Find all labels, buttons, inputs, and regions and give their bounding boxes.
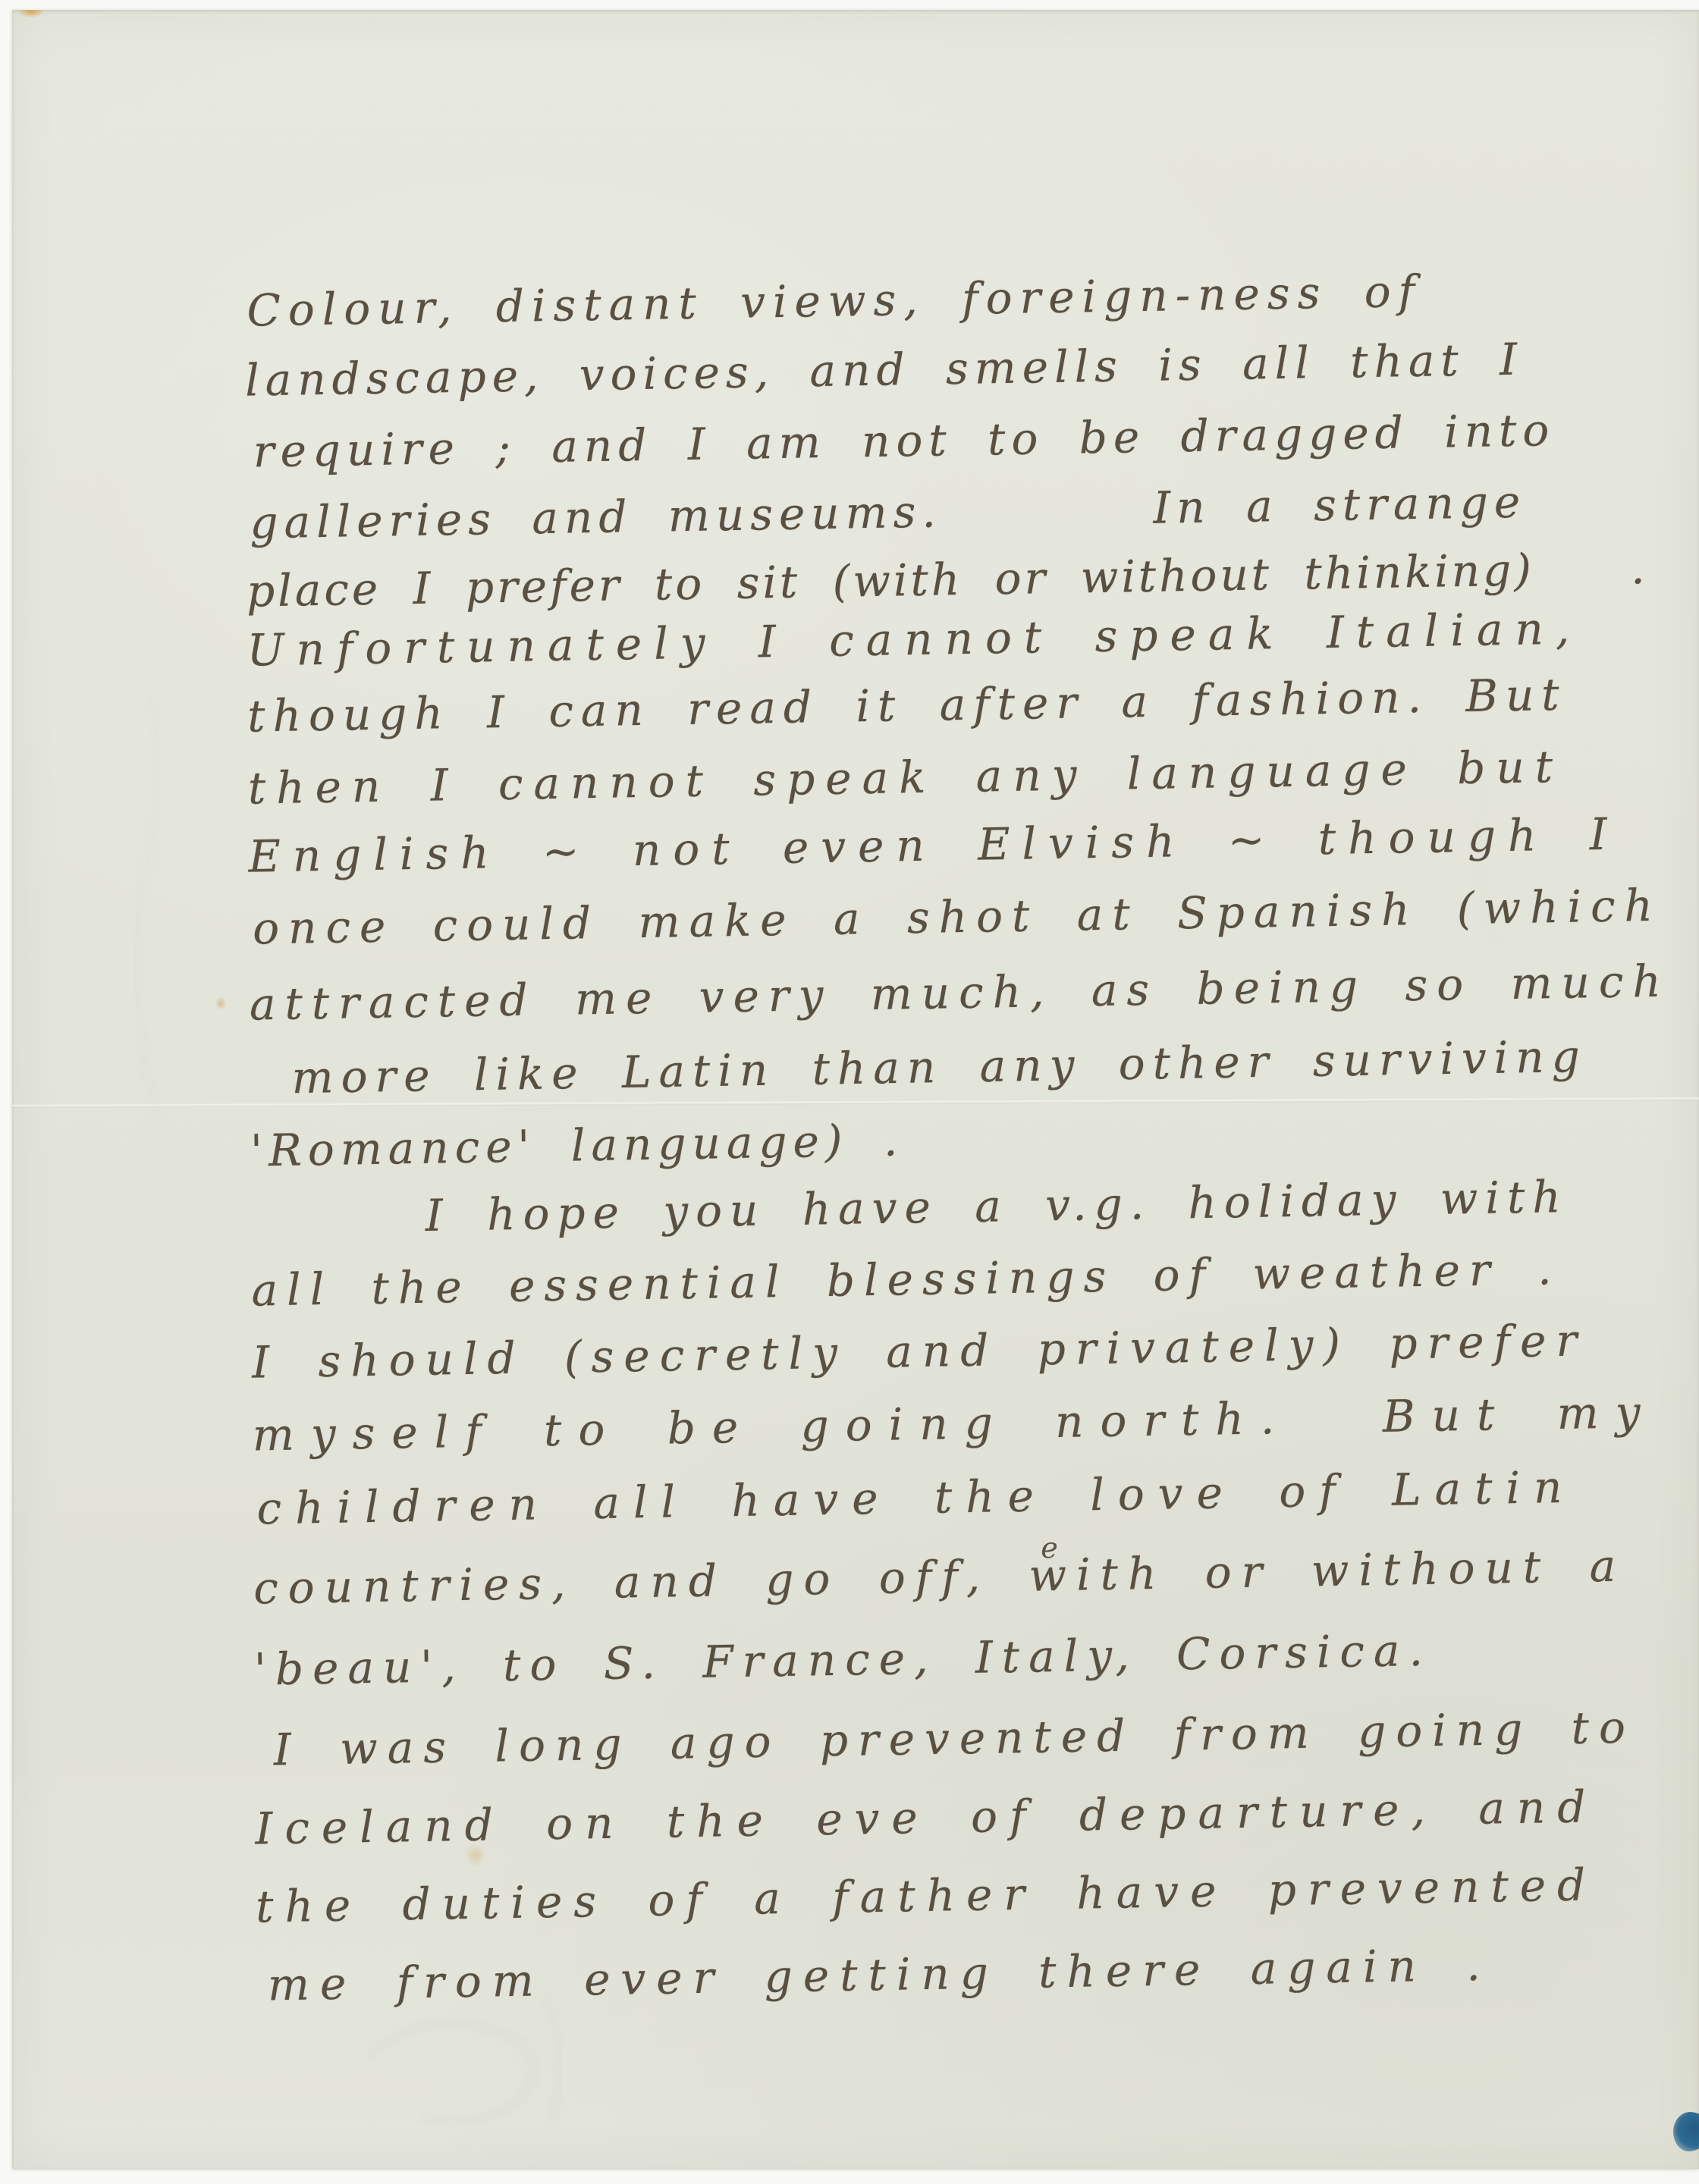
letter-line: the duties of a father have prevented [256, 1859, 1597, 1932]
letter-line: myself to be going north. But my [252, 1386, 1657, 1461]
ink-blot-blue [1673, 2112, 1699, 2151]
letter-line: require ; and I am not to be dragged int… [253, 404, 1556, 477]
letter-line: landscape, voices, and smells is all tha… [245, 334, 1524, 406]
letter-line: 'beau', to S. France, Italy, Corsica. [253, 1624, 1432, 1696]
letter-line: all the essential blessings of weather . [251, 1243, 1561, 1316]
letter-line: galleries and museums. In a strange [250, 476, 1527, 549]
letter-line: Iceland on the eve of departure, and [255, 1781, 1598, 1854]
inserted-letter: e [1041, 1531, 1058, 1564]
letter-line: I was long ago prevented from going to [273, 1702, 1635, 1776]
letter-line: then I cannot speak any language but [247, 741, 1563, 814]
letter-line: more like Latin than any other surviving [291, 1031, 1588, 1103]
letter-line: English ~ not even Elvish ~ though I [248, 808, 1619, 883]
letter-line: countries, and go off, with or without a [253, 1540, 1626, 1614]
letter-line: though I can read it after a fashion. Bu… [247, 669, 1567, 742]
letter-text: Colour, distant views, foreign-ness of l… [12, 10, 1699, 2169]
letter-line: Colour, distant views, foreign-ness of [247, 265, 1423, 337]
scan-background: { "colors": { "ink": "#4d4434", "paper":… [0, 0, 1699, 2184]
letter-line: me from ever getting there again . [267, 1939, 1491, 2011]
letter-line: I should (secretly and privately) prefer [252, 1314, 1588, 1388]
letter-line: 'Romance' language) . [250, 1114, 904, 1176]
letter-line: I hope you have a v.g. holiday with [425, 1171, 1569, 1241]
letter-page: Colour, distant views, foreign-ness of l… [12, 10, 1699, 2169]
letter-line: attracted me very much, as being so much [249, 955, 1670, 1031]
letter-line: children all have the love of Latin [256, 1461, 1576, 1535]
letter-line: once could make a shot at Spanish (which [253, 880, 1663, 955]
